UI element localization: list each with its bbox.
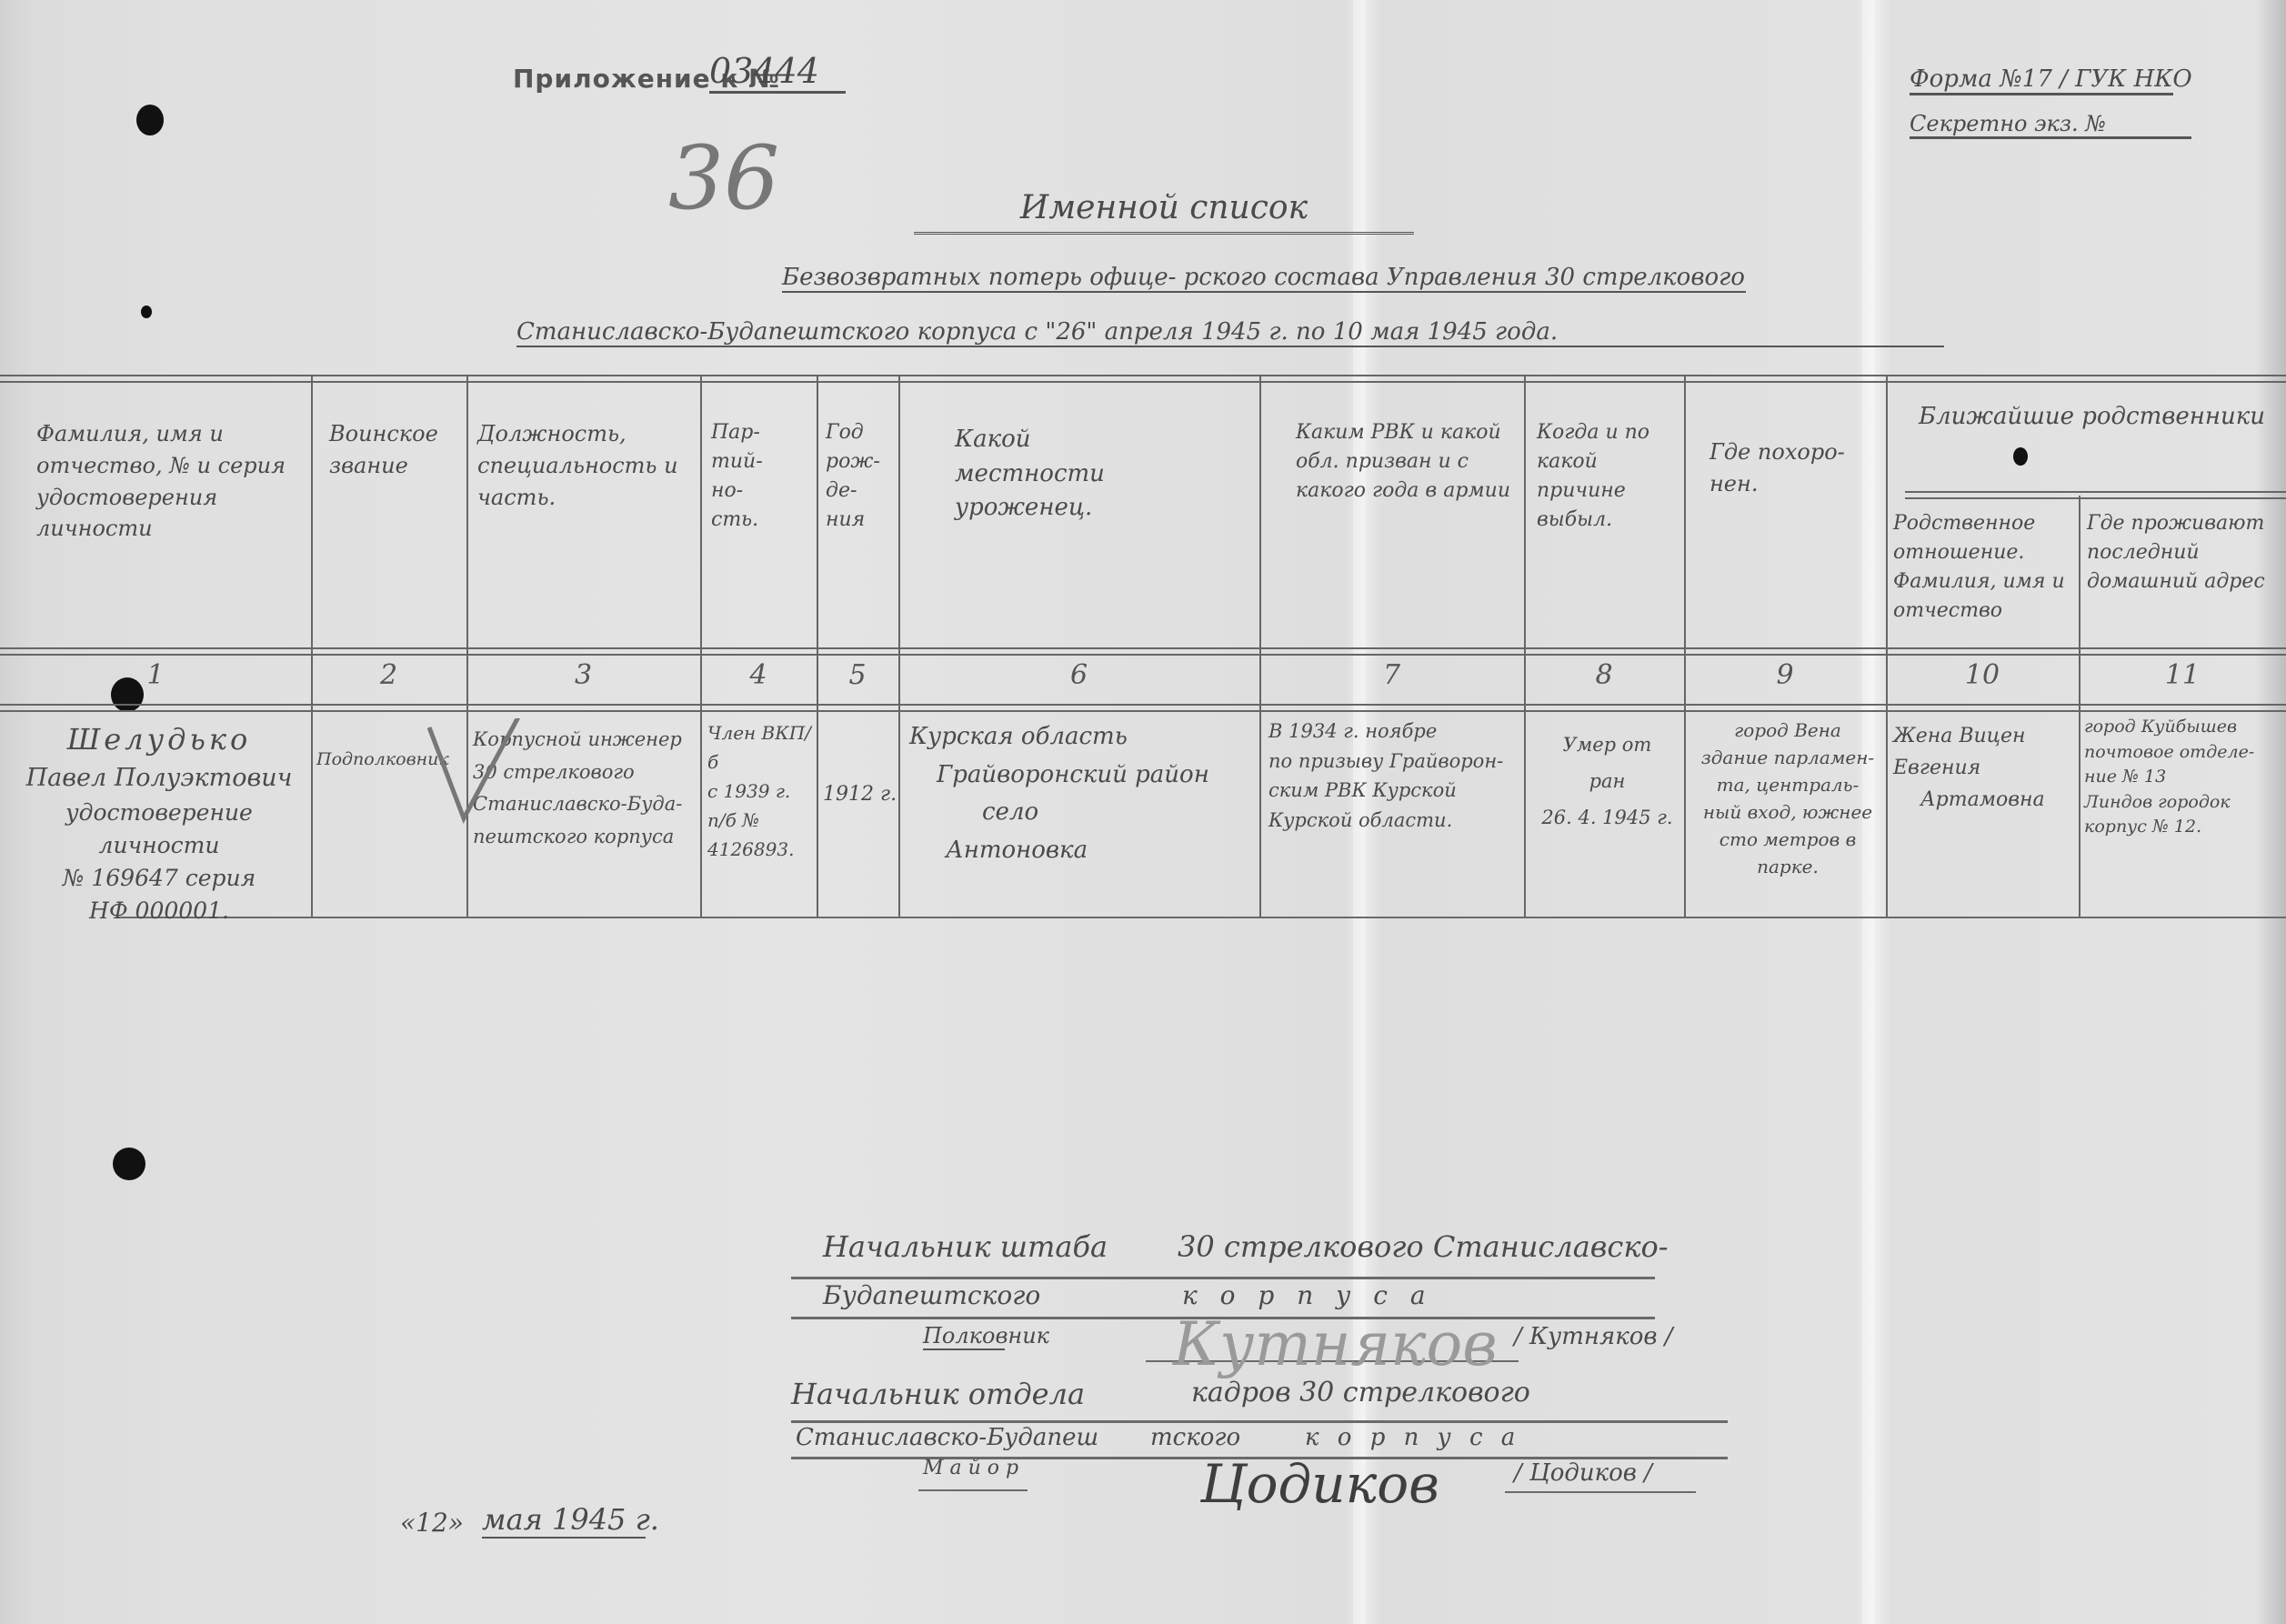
subheader-divider: [1905, 491, 2286, 499]
secret-copy-label: Секретно экз. №: [1910, 111, 2191, 139]
header-bottom-border: [0, 647, 2286, 656]
title-line-1: Безвозвратных потерь офице- рского соста…: [782, 264, 1746, 293]
punch-hole: [2013, 447, 2028, 466]
personnel-chief-corps: к о р п у с а: [1305, 1424, 1520, 1451]
punch-hole: [141, 306, 152, 318]
col-number: 4: [700, 659, 817, 691]
title-line-2: Станиславско-Будапештского корпуса с "26…: [516, 318, 1944, 347]
party-line: п/б №: [707, 806, 817, 835]
col-group-header-relatives: Ближайшие родственники: [1919, 400, 2282, 435]
personnel-chief-unit-cont: Станиславско-Будапеш: [796, 1424, 1098, 1451]
personnel-chief-title: Начальник отдела: [791, 1377, 1085, 1411]
col-header-position: Должность, специальность и часть.: [477, 418, 691, 513]
col-number: 9: [1684, 659, 1886, 691]
column-divider: [700, 375, 702, 917]
chief-of-staff-unit: 30 стрелкового Станиславско-: [1178, 1229, 1669, 1264]
departure-line: Умер от: [1532, 727, 1682, 764]
burial-line: сто метров в: [1691, 826, 1884, 853]
burial-line: та, централь-: [1691, 771, 1884, 798]
col-number: 6: [898, 659, 1259, 691]
form-label: Форма №17 / ГУК НКО: [1910, 65, 2173, 95]
appendix-number: 03444: [709, 51, 846, 94]
col-header-burial: Где похоро- нен.: [1709, 436, 1846, 500]
cell-conscription: В 1934 г. ноябре по призыву Грайворон- с…: [1268, 717, 1523, 835]
chief-of-staff-rank: Полковник: [923, 1323, 1005, 1350]
punch-hole: [113, 1148, 145, 1180]
personnel-chief-name: / Цодиков /: [1514, 1459, 1652, 1487]
conscription-line: ским РВК Курской: [1268, 776, 1523, 806]
pencil-checkmark-icon: [427, 718, 536, 823]
id-line: НФ 000001.: [9, 895, 309, 927]
signature-line: [791, 1277, 1655, 1279]
column-divider: [1886, 375, 1888, 917]
col-header-party: Пар- тий- но- сть.: [711, 418, 766, 535]
table-top-border: [0, 375, 2286, 383]
column-divider: [311, 375, 313, 917]
given-name: Павел Полуэктович: [9, 760, 309, 796]
col-header-departure: Когда и по какой причине выбыл.: [1537, 418, 1673, 535]
signature-line: [1505, 1491, 1696, 1493]
address-line: Линдов городок: [2084, 790, 2284, 816]
signature-line: [791, 1420, 1728, 1423]
departure-line: 26. 4. 1945 г.: [1532, 800, 1682, 837]
cell-origin: Курская область Грайворонский район село…: [909, 718, 1255, 869]
cell-address: город Куйбышев почтовое отделе- ние № 13…: [2084, 715, 2284, 840]
address-line: город Куйбышев: [2084, 715, 2284, 740]
chief-of-staff-unit-cont: Будапештского: [823, 1280, 1040, 1310]
punch-hole: [136, 105, 164, 135]
chief-of-staff-signature: Кутняков: [1173, 1309, 1498, 1379]
document-page: Приложение к № 03444 36 Форма №17 / ГУК …: [0, 0, 2286, 1624]
id-line: № 169647 серия: [9, 862, 309, 895]
burial-line: город Вена: [1691, 717, 1884, 744]
relative-line: Артамовна: [1893, 784, 2075, 816]
origin-line: село: [909, 794, 1255, 832]
col-number: 3: [466, 659, 700, 691]
col-header-rank: Воинское звание: [329, 418, 456, 482]
id-line: удостоверение личности: [9, 797, 309, 863]
col-number: 1: [0, 659, 311, 691]
col-header-birth-year: Год рож- де- ния: [826, 418, 880, 535]
surname: Шелудько: [9, 718, 309, 760]
conscription-line: по призыву Грайворон-: [1268, 747, 1523, 777]
column-divider: [1684, 375, 1686, 917]
cell-full-name: Шелудько Павел Полуэктович удостоверение…: [9, 718, 309, 928]
burial-line: здание парламен-: [1691, 744, 1884, 771]
col-header-relation: Родственное отношение. Фамилия, имя и от…: [1893, 509, 2075, 626]
origin-line: Курская область: [909, 718, 1255, 757]
numbers-bottom-border: [0, 704, 2286, 712]
personnel-chief-unit: кадров 30 стрелкового: [1191, 1377, 1530, 1408]
signature-line: [918, 1489, 1028, 1491]
col-header-conscription: Каким РВК и какой обл. призван и с каког…: [1296, 418, 1523, 506]
chief-of-staff-name: / Кутняков /: [1514, 1323, 1673, 1350]
column-divider: [1524, 375, 1526, 917]
col-header-address: Где проживают последний домашний адрес: [2087, 509, 2282, 596]
personnel-chief-signature: Цодиков: [1200, 1453, 1439, 1515]
cell-birth-year: 1912 г.: [823, 780, 897, 809]
burial-line: ный вход, южнее: [1691, 798, 1884, 826]
party-line: 4126893.: [707, 835, 817, 864]
col-number: 10: [1886, 659, 2079, 691]
cell-relative: Жена Вицен Евгения Артамовна: [1893, 720, 2075, 817]
address-line: почтовое отделе-: [2084, 740, 2284, 766]
col-number: 8: [1524, 659, 1684, 691]
conscription-line: Курской области.: [1268, 806, 1523, 836]
departure-line: ран: [1532, 764, 1682, 800]
party-line: Член ВКП/б: [707, 718, 817, 777]
origin-line: Грайворонский район: [909, 757, 1255, 795]
chief-of-staff-title: Начальник штаба: [823, 1229, 1108, 1264]
date-day: «12»: [400, 1508, 464, 1538]
cell-departure: Умер от ран 26. 4. 1945 г.: [1532, 727, 1682, 837]
page-title: Именной список: [914, 189, 1414, 235]
personnel-chief-rank: М а й о р: [923, 1457, 1018, 1479]
col-number: 5: [817, 659, 898, 691]
column-divider: [2079, 496, 2080, 917]
party-line: с 1939 г.: [707, 777, 817, 806]
col-header-origin: Какой местности уроженец.: [955, 423, 1137, 526]
chief-of-staff-corps: к о р п у с а: [1182, 1280, 1433, 1310]
relative-line: Евгения: [1893, 752, 2075, 784]
col-number: 11: [2079, 659, 2286, 691]
col-header-full-name: Фамилия, имя и отчество, № и серия удост…: [36, 418, 300, 545]
date-month-year: мая 1945 г.: [482, 1502, 646, 1539]
column-divider: [1259, 375, 1261, 917]
col-number: 2: [311, 659, 466, 691]
address-line: корпус № 12.: [2084, 815, 2284, 840]
cell-party: Член ВКП/б с 1939 г. п/б № 4126893.: [707, 718, 817, 864]
column-divider: [898, 375, 900, 917]
table-bottom-border: [118, 917, 2286, 918]
origin-line: Антоновка: [909, 832, 1255, 870]
conscription-line: В 1934 г. ноябре: [1268, 717, 1523, 747]
personnel-chief-unit-cont: тского: [1150, 1424, 1240, 1451]
address-line: ние № 13: [2084, 765, 2284, 790]
burial-line: парке.: [1691, 853, 1884, 880]
pencil-folio-number: 36: [668, 127, 779, 229]
relative-line: Жена Вицен: [1893, 720, 2075, 752]
column-divider: [817, 375, 818, 917]
col-number: 7: [1259, 659, 1524, 691]
cell-burial: город Вена здание парламен- та, централь…: [1691, 717, 1884, 880]
